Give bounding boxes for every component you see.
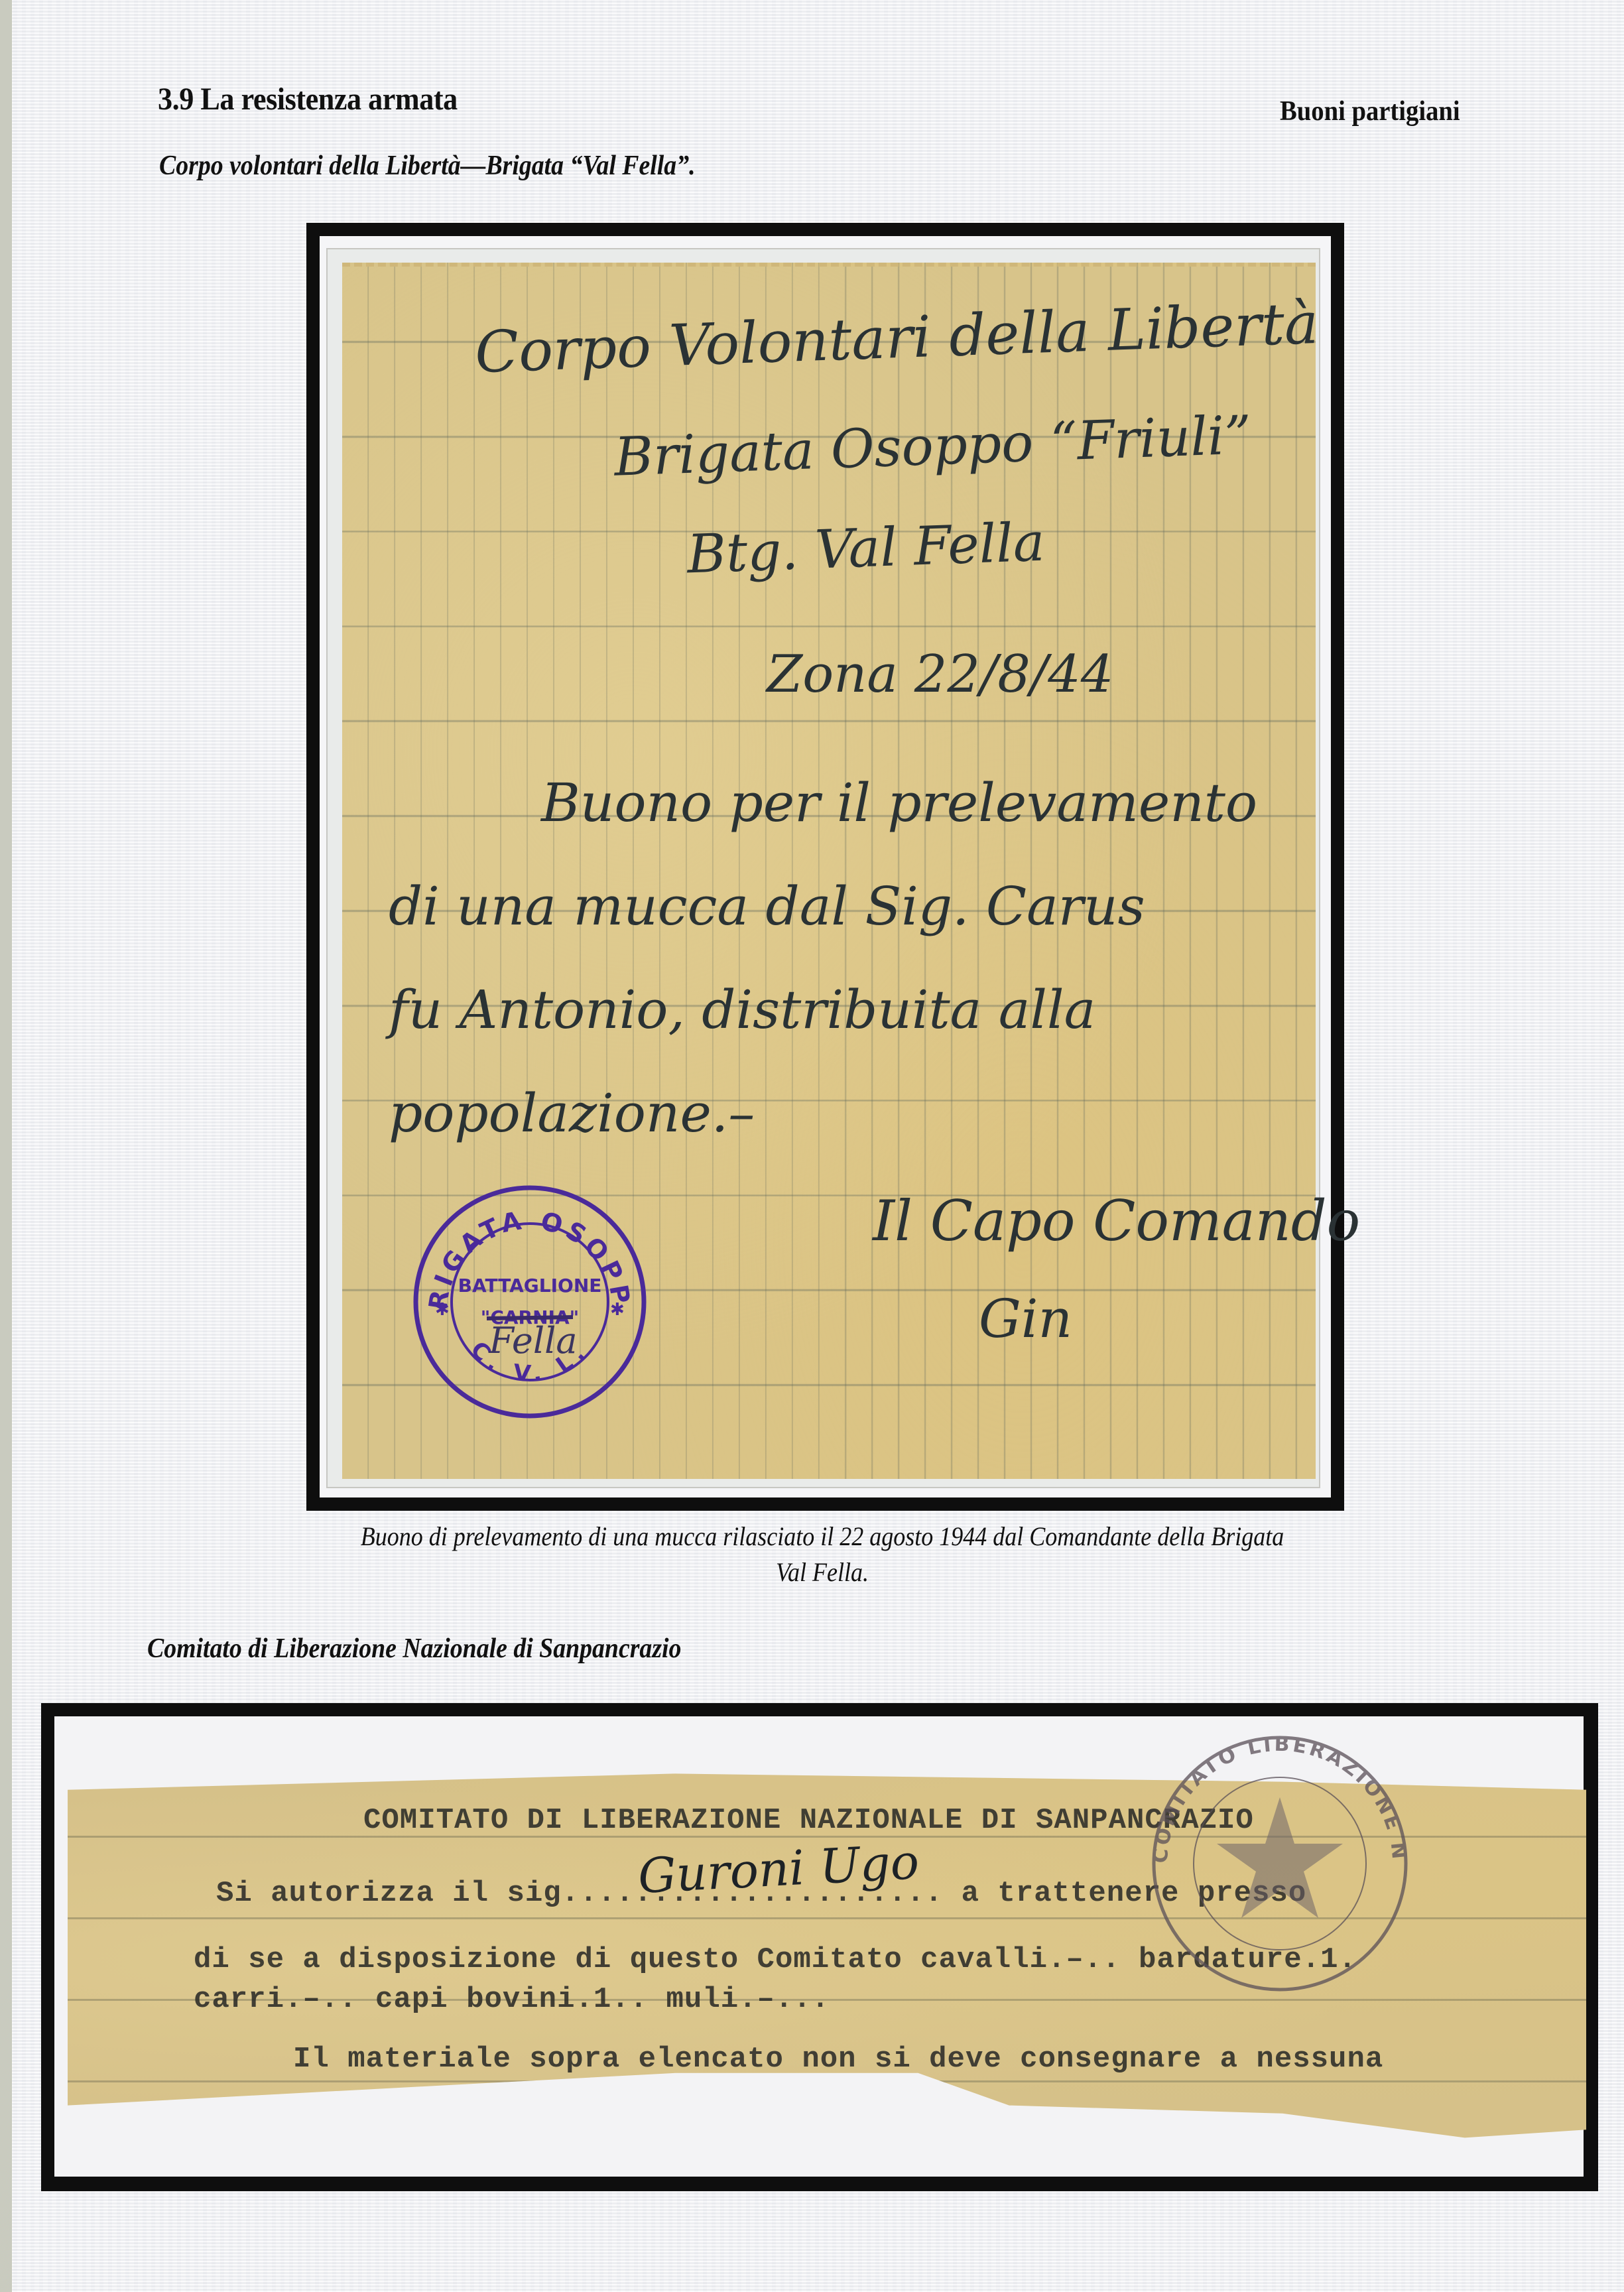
handwritten-line: di una mucca dal Sig. Carus	[389, 875, 1145, 937]
signature: Gin	[979, 1288, 1072, 1350]
svg-text:Fella: Fella	[488, 1320, 577, 1362]
typed-line: carri.–.. capi bovini.1.. muli.–...	[194, 1983, 830, 2016]
signature-title: Il Capo Comando	[873, 1188, 1360, 1253]
typed-header: COMITATO DI LIBERAZIONE NAZIONALE DI SAN…	[363, 1804, 1254, 1837]
handwritten-date: Zona 22/8/44	[767, 645, 1113, 704]
page-edge	[0, 0, 12, 2292]
handwritten-voucher: Corpo Volontari della Libertà Brigata Os…	[342, 263, 1316, 1479]
caption-voucher-1: Buono di prelevamento di una mucca rilas…	[357, 1519, 1288, 1590]
cln-star-stamp-icon: COMITATO LIBERAZIONE NAZIONALE S. PANCRA…	[1141, 1724, 1419, 2003]
typed-line: persona se non dietro autorizzazione di …	[194, 2106, 1212, 2139]
subheading-val-fella: Corpo volontari della Libertà—Brigata “V…	[159, 150, 696, 182]
handwritten-line: popolazione.–	[389, 1082, 755, 1144]
page-tag: Buoni partigiani	[1280, 95, 1460, 127]
typed-footer-cut: COMITATO DI LIBERAZIONE NAZIONALE DI SAN…	[340, 2167, 1230, 2200]
typed-line: Il materiale sopra elencato non si deve …	[293, 2043, 1383, 2076]
svg-text:BATTAGLIONE: BATTAGLIONE	[458, 1275, 602, 1297]
subheading-cln: Comitato di Liberazione Nazionale di San…	[147, 1633, 681, 1665]
handwritten-line: Corpo Volontari della Libertà	[474, 290, 1320, 386]
section-title: 3.9 La resistenza armata	[158, 81, 458, 117]
handwritten-line: fu Antonio, distribuita alla	[389, 979, 1095, 1041]
svg-text:✱: ✱	[610, 1300, 625, 1319]
handwritten-line: Btg. Val Fella	[686, 511, 1046, 586]
svg-text:✱: ✱	[435, 1300, 450, 1319]
handwritten-line: Brigata Osoppo “Friuli”	[613, 404, 1253, 487]
handwritten-line: Buono per il prelevamento	[541, 772, 1257, 834]
voucher-frame-1: Corpo Volontari della Libertà Brigata Os…	[306, 223, 1344, 1511]
brigata-osoppo-stamp-icon: BRIGATA OSOPPO C. V. L. BATTAGLIONE "CAR…	[407, 1179, 653, 1425]
mount: Corpo Volontari della Libertà Brigata Os…	[320, 236, 1331, 1497]
